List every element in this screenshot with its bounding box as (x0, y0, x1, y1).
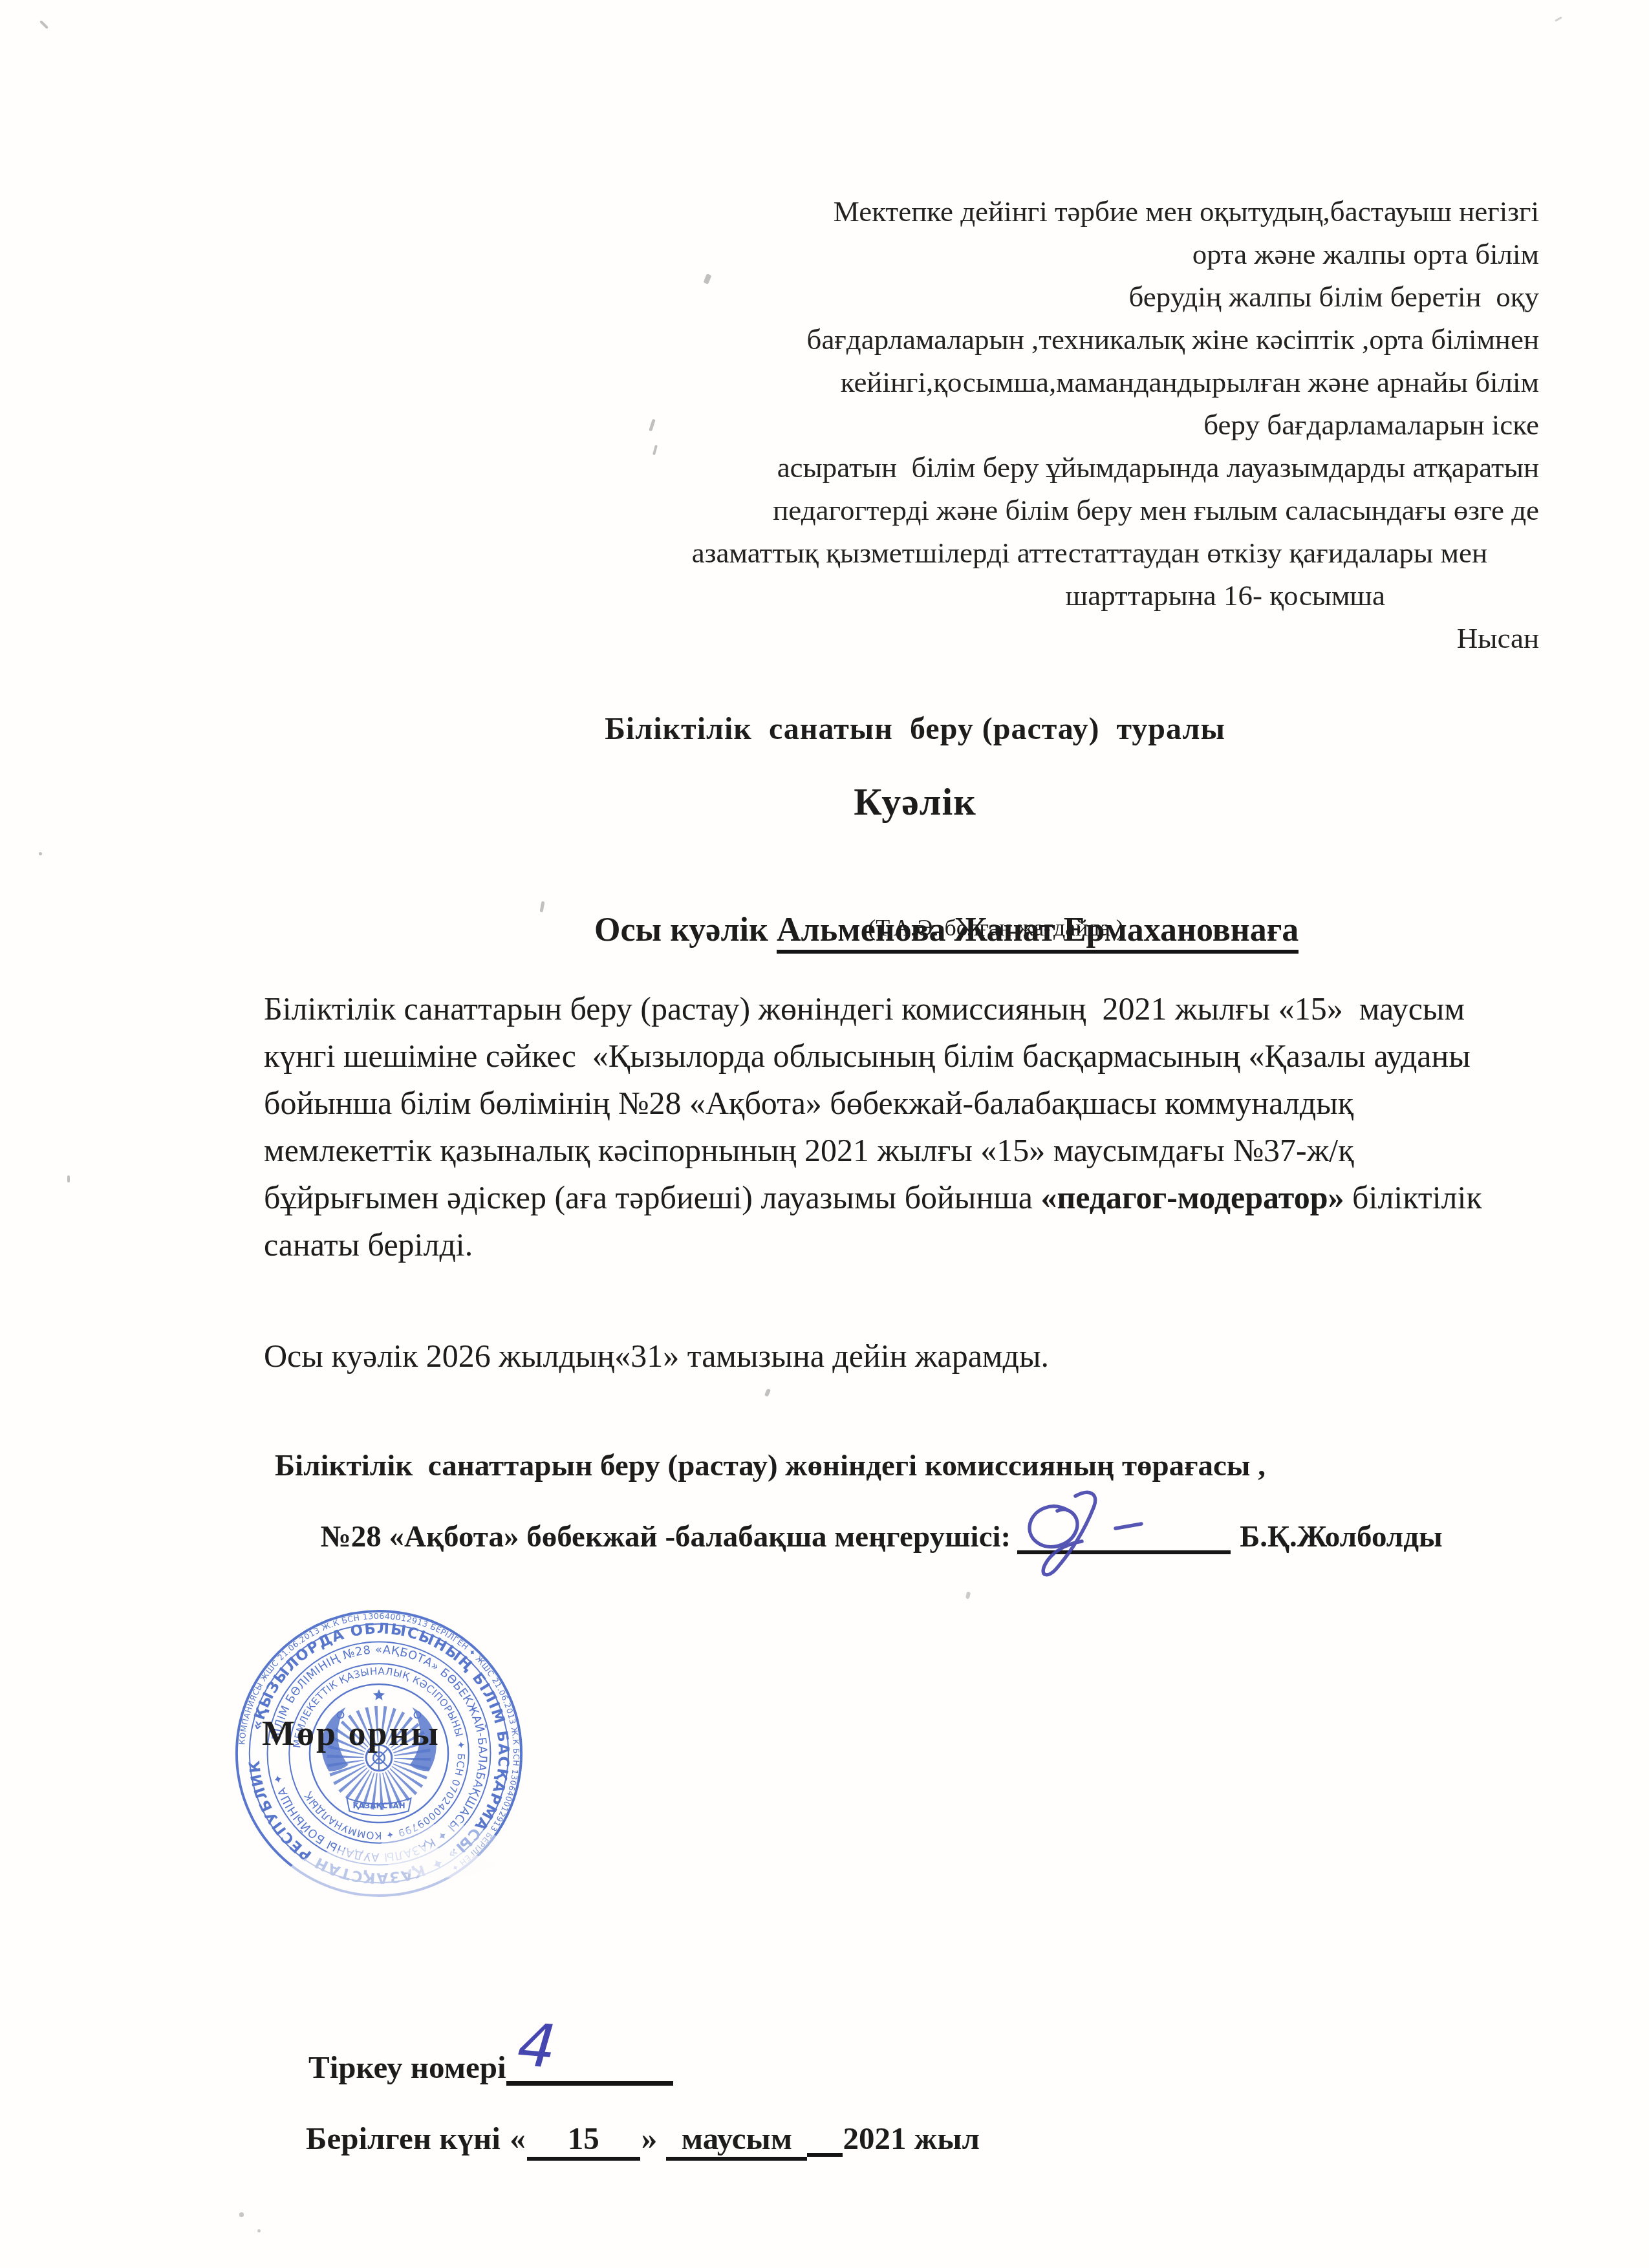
decision-line-part: бұйрығымен әдіскер (аға тәрбиеші) лауазы… (264, 1179, 1040, 1215)
handwritten-registration-number: 4 (515, 2010, 559, 2082)
quote-close: » (641, 2121, 658, 2156)
form-reference-line: кейінгі,қосымша,мамандандырылған және ар… (550, 361, 1539, 403)
issue-date-label: Берілген күні (306, 2121, 508, 2156)
issue-month: маусым (666, 2120, 807, 2161)
signer-title: №28 «Ақбота» бөбекжай -балабақша меңгеру… (321, 1520, 1011, 1554)
form-reference-line: Нысан (550, 617, 1539, 659)
decision-line: санаты берілді. (264, 1221, 1619, 1268)
category-name: «педагог-модератор» (1040, 1179, 1344, 1215)
commission-block: Біліктілік санаттарын беру (растау) жөні… (275, 1448, 1568, 1590)
seal-place-label: Мөр орны (262, 1713, 440, 1753)
scan-speck (39, 20, 48, 29)
scan-speck (540, 901, 545, 913)
decision-paragraph: Біліктілік санаттарын беру (растау) жөні… (264, 985, 1619, 1268)
decision-line-part: біліктілік (1344, 1179, 1482, 1215)
handwritten-signature (1013, 1487, 1175, 1584)
commission-signature-line: №28 «Ақбота» бөбекжай -балабақша меңгеру… (275, 1484, 1568, 1590)
form-reference-line: шарттарына 16- қосымша (550, 574, 1539, 617)
emblem-caption: ҚАЗАҚСТАН (352, 1801, 405, 1810)
blank-underline (807, 2126, 843, 2157)
certificate-page: Мектепке дейінгі тәрбие мен оқытудың,бас… (0, 0, 1649, 2268)
signer-name: Б.Қ.Жолболды (1240, 1520, 1442, 1554)
scan-speck (239, 2212, 244, 2217)
decision-line: мемлекеттік қазыналық кәсіпорнының 2021 … (264, 1127, 1619, 1174)
form-reference-line: берудің жалпы білім беретін оқу (550, 275, 1539, 318)
certificate-subject-title: Біліктілік санатын беру (растау) туралы (220, 711, 1610, 747)
official-stamp: КОМПАНИЯСЫ ЖШС 21.06.2013 Ж.К БСН 130640… (232, 1606, 526, 1901)
form-reference-line: асыратын білім беру ұйымдарында лауазымд… (550, 446, 1539, 489)
issue-day: 15 (527, 2120, 640, 2161)
form-reference-block: Мектепке дейінгі тәрбие мен оқытудың,бас… (550, 190, 1539, 659)
decision-line: бұйрығымен әдіскер (аға тәрбиеші) лауазы… (264, 1174, 1619, 1221)
form-reference-line: орта және жалпы орта білім (550, 233, 1539, 275)
decision-line: күнгі шешіміне сәйкес «Қызылорда облысын… (264, 1032, 1619, 1080)
form-reference-line: беру бағдарламаларын іске (550, 403, 1539, 446)
registration-number-line: 4 (506, 2054, 673, 2086)
quote-open: « (510, 2121, 526, 2156)
scan-speck (257, 2229, 261, 2232)
scan-speck (764, 1388, 771, 1396)
form-reference-line: азаматтық қызметшілерді аттестаттаудан ө… (550, 531, 1539, 574)
issue-year: 2021 жыл (843, 2121, 980, 2156)
validity-line: Осы куәлік 2026 жылдың«31» тамызына дейі… (264, 1337, 1049, 1375)
form-reference-line: педагогтерді және білім беру мен ғылым с… (550, 489, 1539, 531)
certificate-heading: Куәлік (220, 780, 1610, 824)
form-reference-line: Мектепке дейінгі тәрбие мен оқытудың,бас… (550, 190, 1539, 233)
scan-speck (965, 1591, 971, 1599)
scan-speck (1555, 16, 1562, 22)
scan-speck (39, 852, 42, 855)
recipient-note: (Т.А.Ә. болған жағдайда ) (737, 914, 1255, 941)
issue-date-line: Берілген күні «15» маусым2021 жыл (274, 2083, 980, 2198)
scan-speck (67, 1175, 70, 1182)
form-reference-line: бағдарламаларын ,техникалық жіне кәсіпті… (550, 318, 1539, 361)
commission-chairman-line: Біліктілік санаттарын беру (растау) жөні… (275, 1448, 1568, 1484)
decision-line: бойынша білім бөлімінің №28 «Ақбота» бөб… (264, 1080, 1619, 1127)
registration-label: Тіркеу номері (308, 2049, 506, 2085)
signature-line (1017, 1523, 1231, 1554)
decision-line: Біліктілік санаттарын беру (растау) жөні… (264, 985, 1619, 1032)
